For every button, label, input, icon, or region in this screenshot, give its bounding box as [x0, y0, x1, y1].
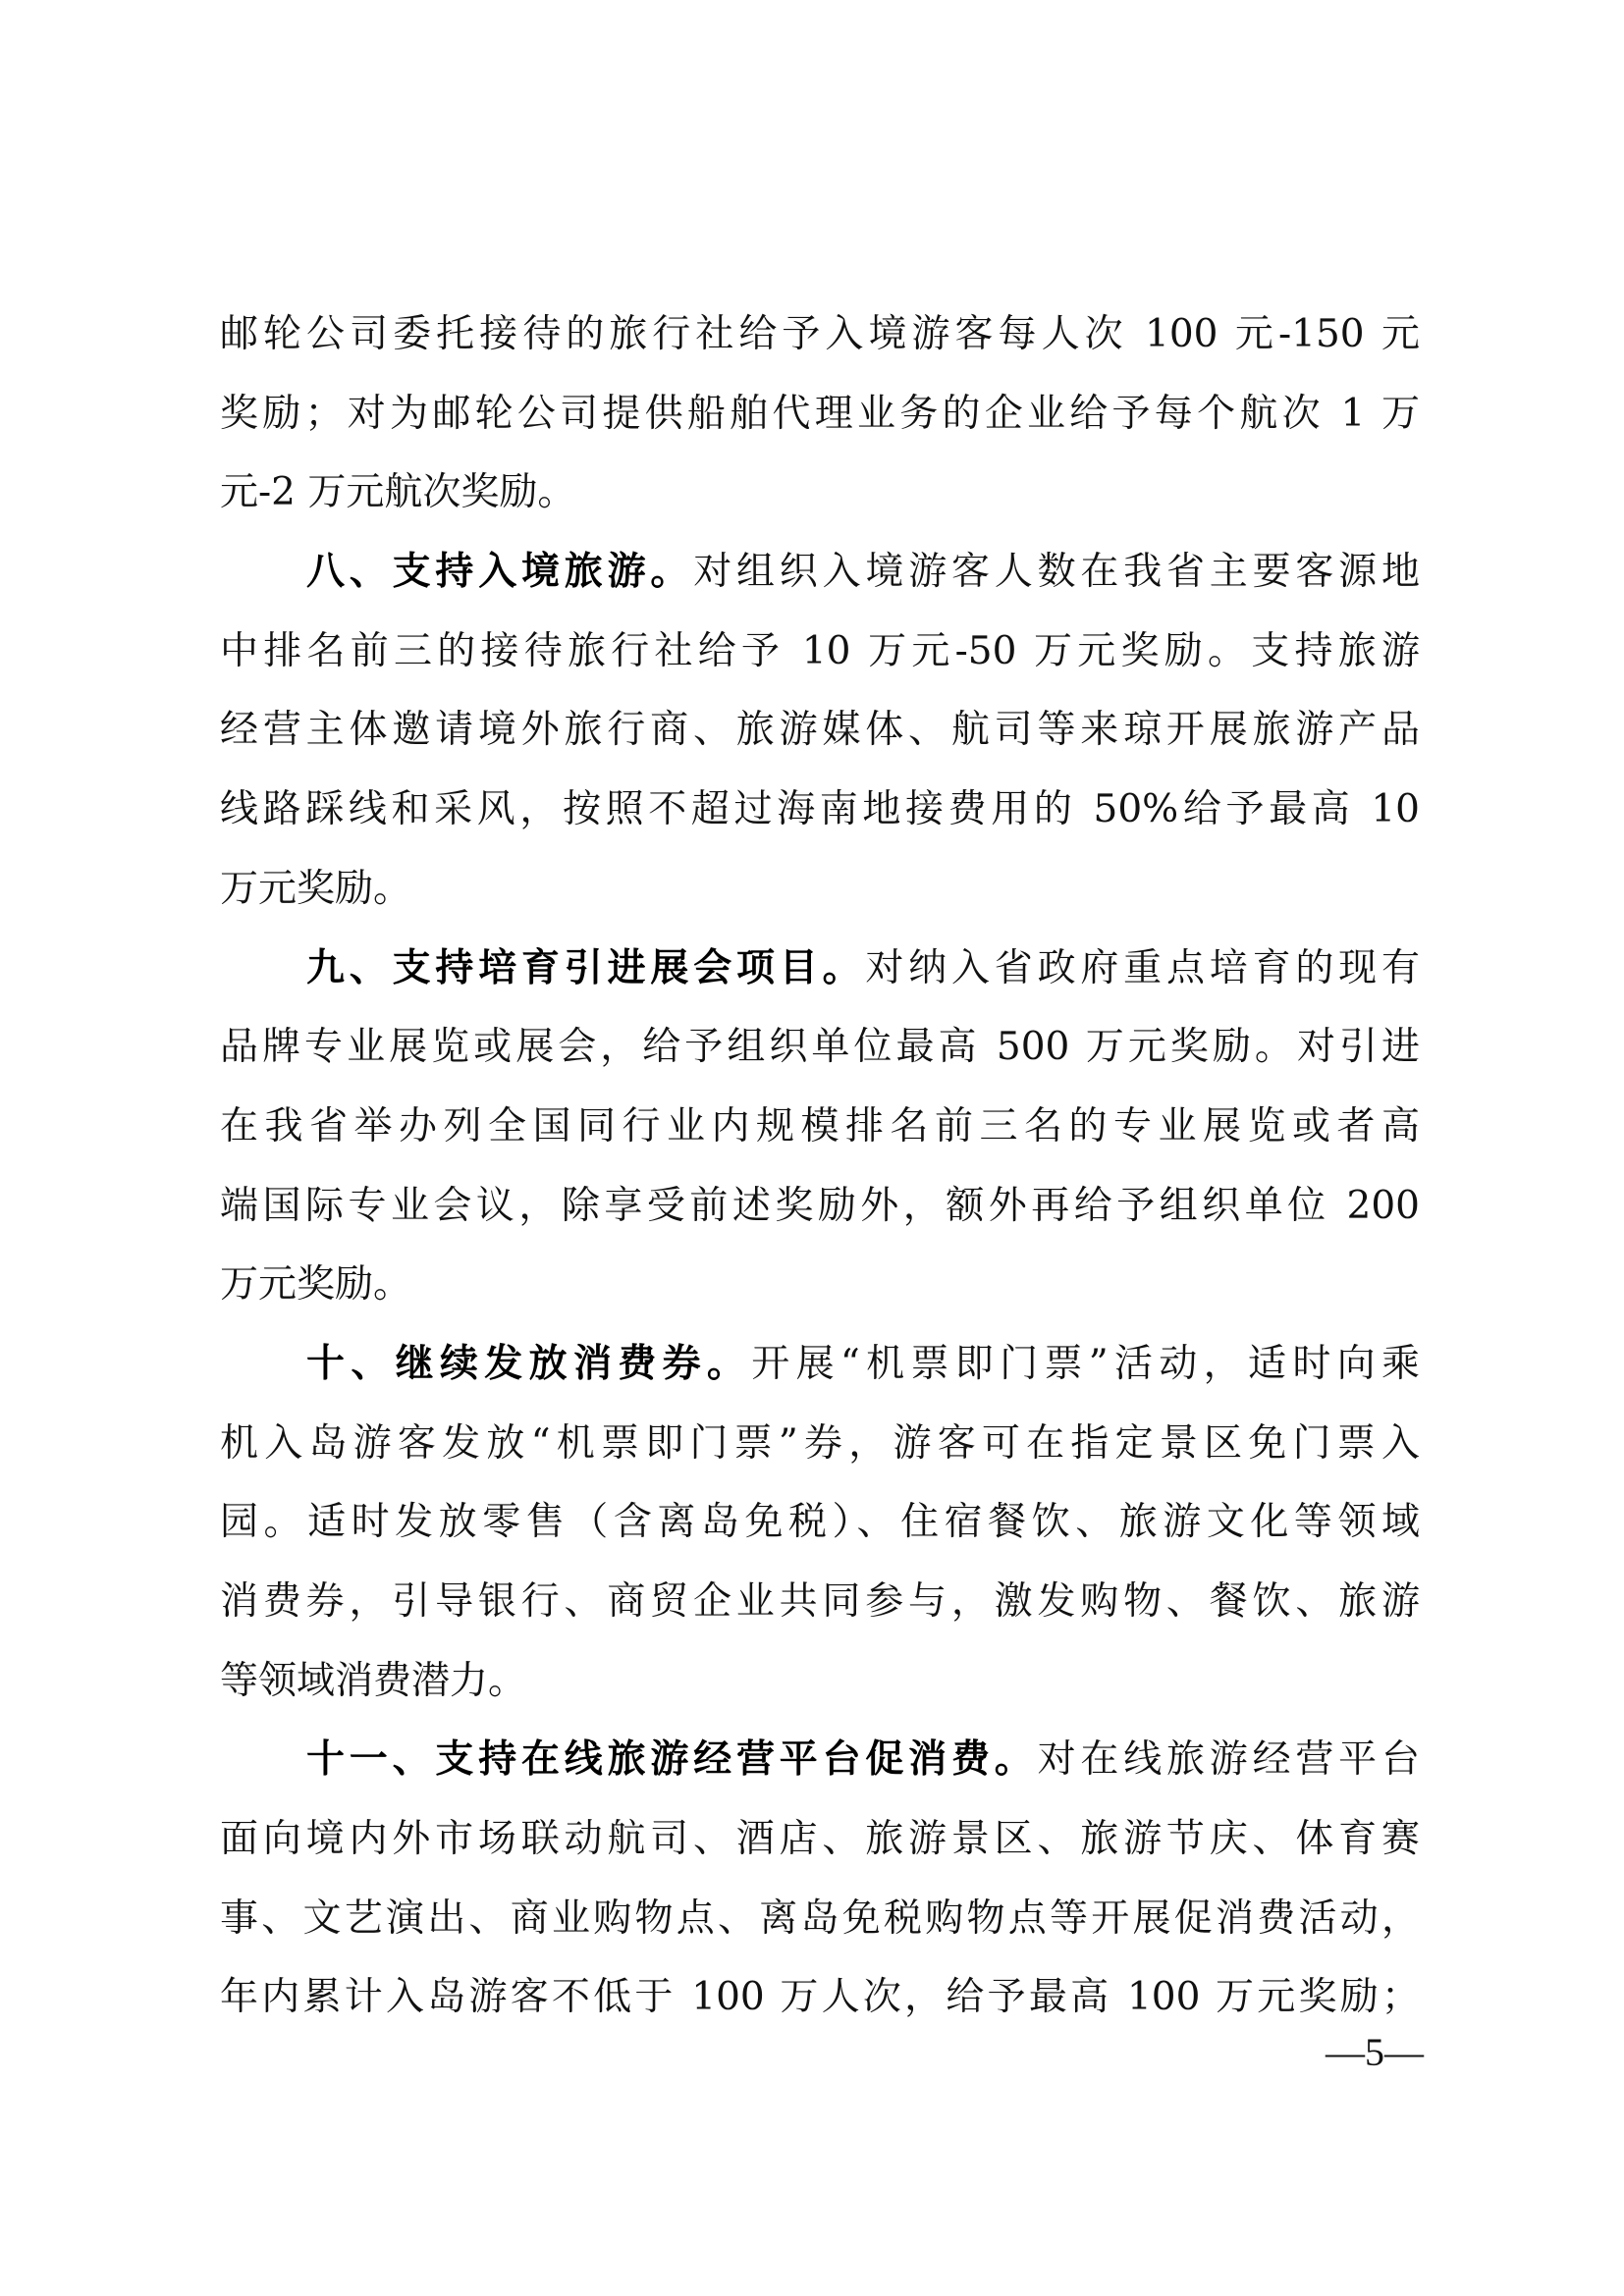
text-line: 元-2 万元航次奖励。: [220, 470, 1420, 550]
text-line: 八、支持入境旅游。对组织入境游客人数在我省主要客源地: [220, 550, 1420, 629]
text-line: 九、支持培育引进展会项目。对纳入省政府重点培育的现有: [220, 946, 1420, 1026]
page-number: —5—: [1326, 2030, 1424, 2075]
text-line: 品牌专业展览或展会，给予组织单位最高 500 万元奖励。对引进: [220, 1025, 1420, 1104]
text-line: 年内累计入岛游客不低于 100 万人次，给予最高 100 万元奖励；: [220, 1975, 1420, 2055]
text-line: 万元奖励。: [220, 867, 1420, 946]
body-text: 邮轮公司委托接待的旅行社给予入境游客每人次 100 元-150 元 奖励；对为邮…: [220, 312, 1420, 2055]
text-span: 对在线旅游经营平台: [1038, 1737, 1420, 1782]
text-line: 十、继续发放消费券。开展“机票即门票”活动，适时向乘: [220, 1342, 1420, 1421]
document-page: 邮轮公司委托接待的旅行社给予入境游客每人次 100 元-150 元 奖励；对为邮…: [0, 0, 1624, 2296]
text-line: 万元奖励。: [220, 1262, 1420, 1342]
text-span: 开展“机票即门票”活动，适时向乘: [751, 1342, 1420, 1386]
text-line: 园。适时发放零售（含离岛免税）、住宿餐饮、旅游文化等领域: [220, 1500, 1420, 1579]
section-heading: 九、支持培育引进展会项目。: [306, 946, 865, 990]
text-line: 端国际专业会议，除享受前述奖励外，额外再给予组织单位 200: [220, 1184, 1420, 1263]
text-line: 奖励；对为邮轮公司提供船舶代理业务的企业给予每个航次 1 万: [220, 392, 1420, 471]
text-line: 面向境内外市场联动航司、酒店、旅游景区、旅游节庆、体育赛: [220, 1817, 1420, 1896]
text-line: 线路踩线和采风，按照不超过海南地接费用的 50%给予最高 10: [220, 787, 1420, 867]
paragraph-item-8: 八、支持入境旅游。对组织入境游客人数在我省主要客源地 中排名前三的接待旅行社给予…: [220, 550, 1420, 945]
paragraph-item-10: 十、继续发放消费券。开展“机票即门票”活动，适时向乘 机入岛游客发放“机票即门票…: [220, 1342, 1420, 1737]
text-span: 对纳入省政府重点培育的现有: [865, 946, 1420, 990]
section-heading: 十、继续发放消费券。: [306, 1342, 751, 1386]
text-line: 在我省举办列全国同行业内规模排名前三名的专业展览或者高: [220, 1104, 1420, 1184]
section-heading: 八、支持入境旅游。: [306, 550, 693, 594]
text-line: 十一、支持在线旅游经营平台促消费。对在线旅游经营平台: [220, 1737, 1420, 1817]
paragraph-item-9: 九、支持培育引进展会项目。对纳入省政府重点培育的现有 品牌专业展览或展会，给予组…: [220, 946, 1420, 1342]
paragraph-item-11: 十一、支持在线旅游经营平台促消费。对在线旅游经营平台 面向境内外市场联动航司、酒…: [220, 1737, 1420, 2055]
text-line: 经营主体邀请境外旅行商、旅游媒体、航司等来琼开展旅游产品: [220, 708, 1420, 787]
text-span: 对组织入境游客人数在我省主要客源地: [693, 550, 1420, 594]
text-line: 邮轮公司委托接待的旅行社给予入境游客每人次 100 元-150 元: [220, 312, 1420, 392]
section-heading: 十一、支持在线旅游经营平台促消费。: [306, 1737, 1038, 1782]
text-line: 机入岛游客发放“机票即门票”券，游客可在指定景区免门票入: [220, 1421, 1420, 1501]
paragraph-continuation: 邮轮公司委托接待的旅行社给予入境游客每人次 100 元-150 元 奖励；对为邮…: [220, 312, 1420, 550]
text-line: 事、文艺演出、商业购物点、离岛免税购物点等开展促消费活动，: [220, 1896, 1420, 1976]
text-line: 中排名前三的接待旅行社给予 10 万元-50 万元奖励。支持旅游: [220, 629, 1420, 709]
text-line: 消费券，引导银行、商贸企业共同参与，激发购物、餐饮、旅游: [220, 1579, 1420, 1659]
text-line: 等领域消费潜力。: [220, 1659, 1420, 1738]
